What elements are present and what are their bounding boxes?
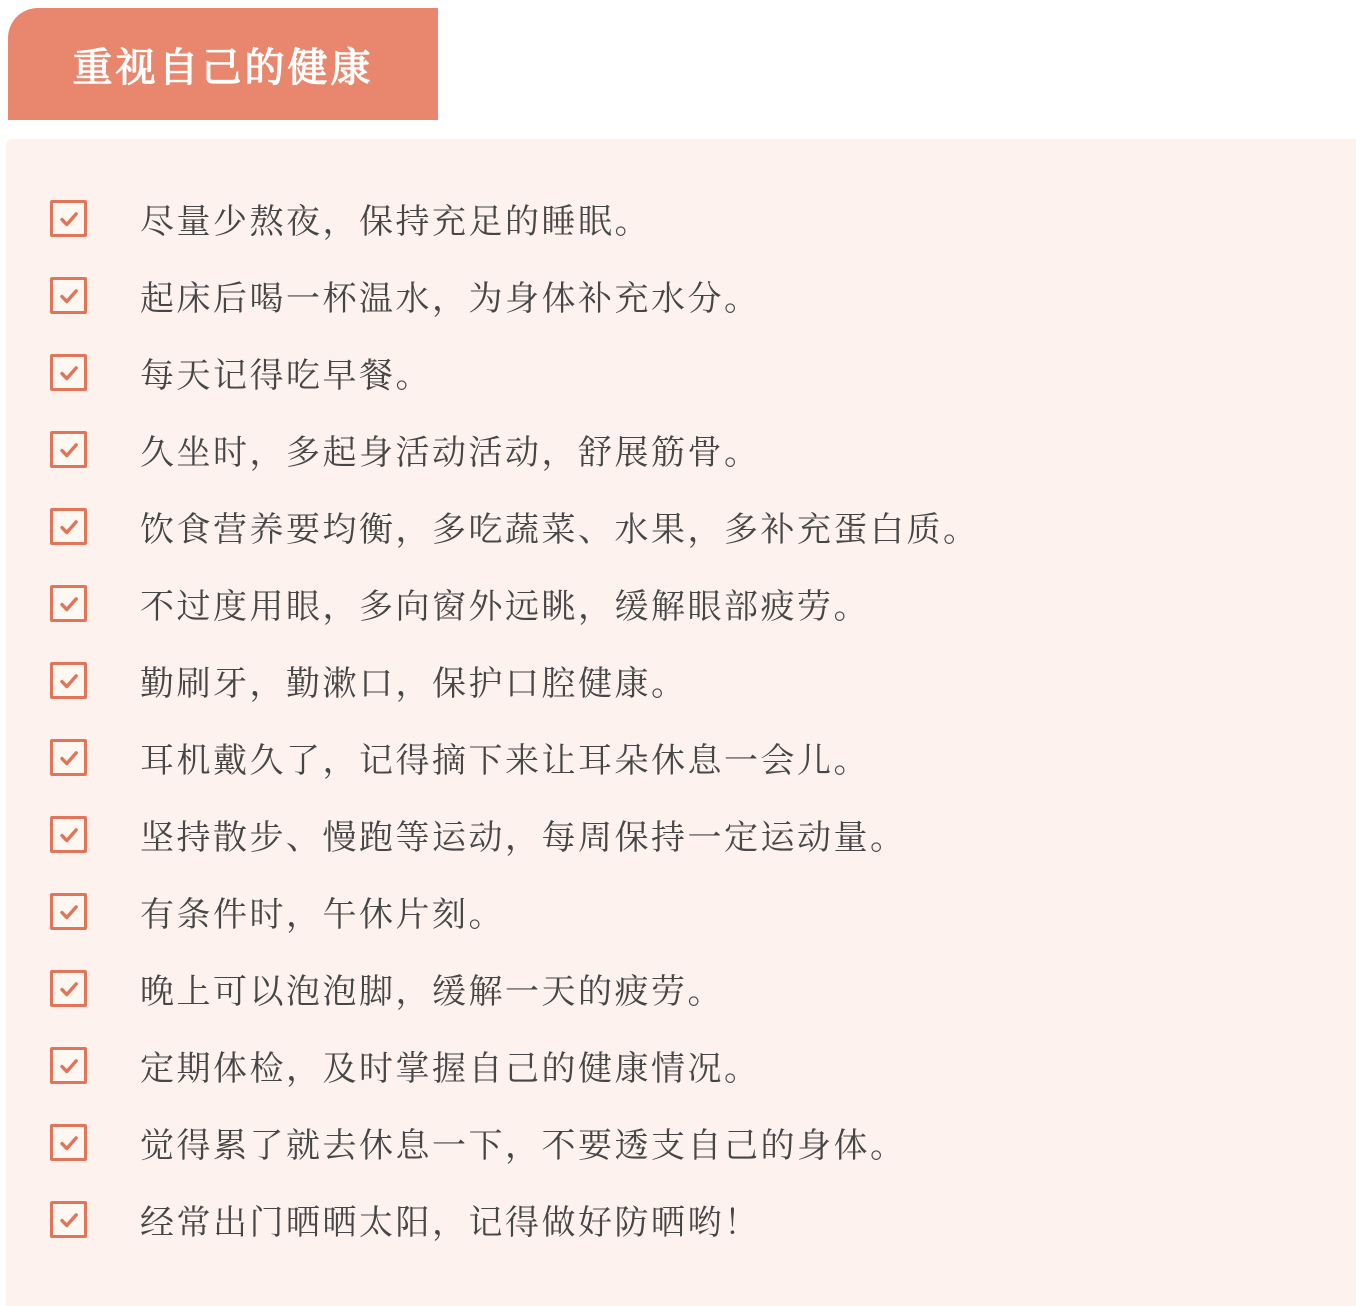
checkbox-checked-icon[interactable] [50,739,87,776]
checklist-item: 经常出门晒晒太阳，记得做好防晒哟！ [50,1201,1326,1238]
checkbox-checked-icon[interactable] [50,277,87,314]
checklist-item-label: 每天记得吃早餐。 [140,348,432,397]
checklist-item-label: 起床后喝一杯温水，为身体补充水分。 [140,271,761,320]
checkbox-checked-icon[interactable] [50,431,87,468]
checklist-item-label: 不过度用眼，多向窗外远眺，缓解眼部疲劳。 [140,579,870,628]
checklist-item: 每天记得吃早餐。 [50,354,1326,391]
checklist-item-label: 晚上可以泡泡脚，缓解一天的疲劳。 [140,964,724,1013]
checklist-item: 尽量少熬夜，保持充足的睡眠。 [50,200,1326,237]
checkbox-checked-icon[interactable] [50,893,87,930]
checkbox-checked-icon[interactable] [50,1201,87,1238]
checklist-item-label: 勤刷牙，勤漱口，保护口腔健康。 [140,656,688,705]
checklist-item: 坚持散步、慢跑等运动，每周保持一定运动量。 [50,816,1326,853]
checklist-item-label: 经常出门晒晒太阳，记得做好防晒哟！ [140,1195,761,1244]
checklist-item: 有条件时，午休片刻。 [50,893,1326,930]
checklist-item: 晚上可以泡泡脚，缓解一天的疲劳。 [50,970,1326,1007]
checklist-item-label: 坚持散步、慢跑等运动，每周保持一定运动量。 [140,810,907,859]
health-checklist-page: 重视自己的健康 尽量少熬夜，保持充足的睡眠。 起床后喝一杯温水，为身体补充水分。… [0,0,1356,1306]
page-title: 重视自己的健康 [73,36,374,93]
page-title-banner: 重视自己的健康 [8,8,438,120]
checkbox-checked-icon[interactable] [50,1047,87,1084]
checklist-item: 饮食营养要均衡，多吃蔬菜、水果，多补充蛋白质。 [50,508,1326,545]
checkbox-checked-icon[interactable] [50,662,87,699]
checkbox-checked-icon[interactable] [50,970,87,1007]
checklist-item-label: 尽量少熬夜，保持充足的睡眠。 [140,194,651,243]
checkbox-checked-icon[interactable] [50,354,87,391]
checklist-item-label: 觉得累了就去休息一下，不要透支自己的身体。 [140,1118,907,1167]
checklist: 尽量少熬夜，保持充足的睡眠。 起床后喝一杯温水，为身体补充水分。 每天记得吃早餐… [50,200,1326,1238]
checklist-item-label: 耳机戴久了，记得摘下来让耳朵休息一会儿。 [140,733,870,782]
checkbox-checked-icon[interactable] [50,508,87,545]
checklist-item: 耳机戴久了，记得摘下来让耳朵休息一会儿。 [50,739,1326,776]
checklist-panel: 尽量少熬夜，保持充足的睡眠。 起床后喝一杯温水，为身体补充水分。 每天记得吃早餐… [6,139,1356,1306]
checklist-item-label: 有条件时，午休片刻。 [140,887,505,936]
checklist-item-label: 久坐时，多起身活动活动，舒展筋骨。 [140,425,761,474]
checklist-item: 不过度用眼，多向窗外远眺，缓解眼部疲劳。 [50,585,1326,622]
checkbox-checked-icon[interactable] [50,585,87,622]
checkbox-checked-icon[interactable] [50,1124,87,1161]
checkbox-checked-icon[interactable] [50,816,87,853]
checklist-item: 起床后喝一杯温水，为身体补充水分。 [50,277,1326,314]
checklist-item: 定期体检，及时掌握自己的健康情况。 [50,1047,1326,1084]
checklist-item: 觉得累了就去休息一下，不要透支自己的身体。 [50,1124,1326,1161]
checklist-item: 久坐时，多起身活动活动，舒展筋骨。 [50,431,1326,468]
checklist-item: 勤刷牙，勤漱口，保护口腔健康。 [50,662,1326,699]
checkbox-checked-icon[interactable] [50,200,87,237]
checklist-item-label: 饮食营养要均衡，多吃蔬菜、水果，多补充蛋白质。 [140,502,980,551]
checklist-item-label: 定期体检，及时掌握自己的健康情况。 [140,1041,761,1090]
